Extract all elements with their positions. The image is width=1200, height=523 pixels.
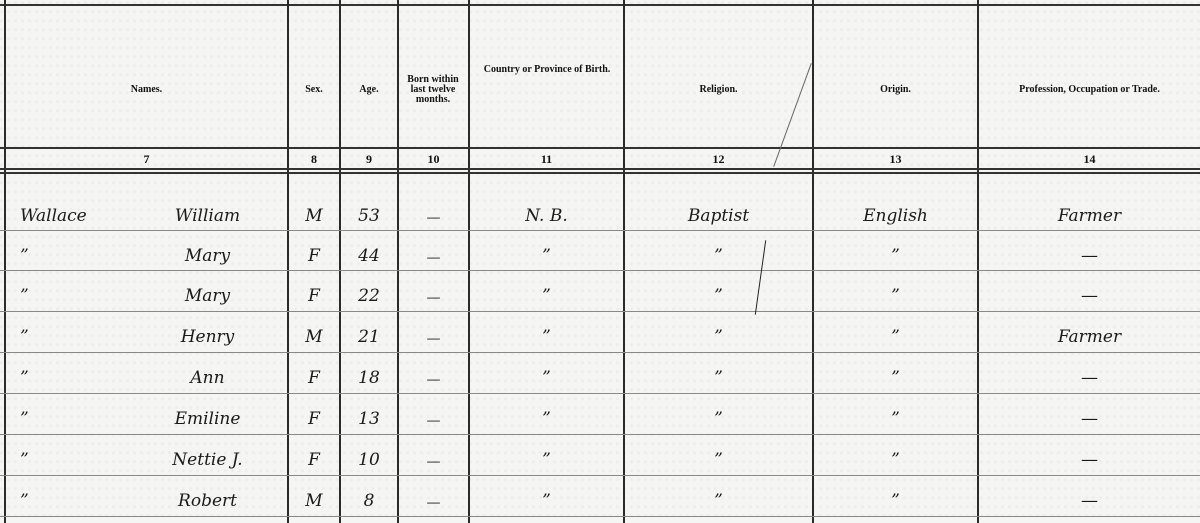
header-born-12-months: Born within last twelve months. <box>401 40 465 140</box>
colnum-10: 10 <box>399 150 468 168</box>
cell-born12: — <box>399 393 468 433</box>
cell-surname: ” <box>20 393 130 433</box>
number-rule <box>0 168 1200 170</box>
cell-born12: — <box>399 434 468 474</box>
header-occupation: Profession, Occupation or Trade. <box>979 40 1200 140</box>
cell-surname: ” <box>20 475 130 515</box>
cell-birthplace: ” <box>470 393 623 433</box>
cell-given: William <box>130 190 285 230</box>
cell-origin: ” <box>814 270 977 310</box>
cell-religion: Baptist <box>625 190 812 230</box>
cell-given: Henry <box>130 311 285 351</box>
cell-sex: F <box>289 352 339 392</box>
cell-origin: ” <box>814 352 977 392</box>
cell-born12: — <box>399 230 468 270</box>
cell-age: 44 <box>341 230 397 270</box>
cell-sex: F <box>289 270 339 310</box>
cell-age: 18 <box>341 352 397 392</box>
header-religion: Religion. <box>625 40 812 140</box>
cell-age: 13 <box>341 393 397 433</box>
cell-occupation: Farmer <box>979 311 1200 351</box>
cell-surname: ” <box>20 311 130 351</box>
cell-religion: ” <box>625 475 812 515</box>
cell-given: Robert <box>130 475 285 515</box>
colnum-9: 9 <box>341 150 397 168</box>
header-names: Names. <box>6 40 287 140</box>
cell-origin: ” <box>814 434 977 474</box>
cell-occupation: — <box>979 352 1200 392</box>
cell-born12: — <box>399 270 468 310</box>
header-birthplace: Country or Province of Birth. <box>472 30 622 110</box>
cell-given: Mary <box>130 270 285 310</box>
cell-origin: ” <box>814 393 977 433</box>
header-rule <box>0 147 1200 149</box>
cell-birthplace: ” <box>470 270 623 310</box>
colnum-11: 11 <box>470 150 623 168</box>
header-age: Age. <box>341 40 397 140</box>
cell-religion: ” <box>625 352 812 392</box>
cell-born12: — <box>399 352 468 392</box>
cell-surname: ” <box>20 230 130 270</box>
cell-occupation: — <box>979 270 1200 310</box>
cell-religion: ” <box>625 434 812 474</box>
cell-occupation: — <box>979 475 1200 515</box>
cell-age: 22 <box>341 270 397 310</box>
cell-origin: English <box>814 190 977 230</box>
colnum-12: 12 <box>625 150 812 168</box>
cell-born12: — <box>399 475 468 515</box>
cell-origin: ” <box>814 475 977 515</box>
colnum-7: 7 <box>6 150 287 168</box>
cell-birthplace: ” <box>470 352 623 392</box>
cell-religion: ” <box>625 311 812 351</box>
cell-occupation: Farmer <box>979 190 1200 230</box>
cell-surname: ” <box>20 270 130 310</box>
cell-born12: — <box>399 190 468 230</box>
cell-age: 53 <box>341 190 397 230</box>
cell-religion: ” <box>625 270 812 310</box>
number-rule <box>0 172 1200 174</box>
colnum-14: 14 <box>979 150 1200 168</box>
cell-sex: F <box>289 434 339 474</box>
cell-surname: ” <box>20 352 130 392</box>
cell-sex: M <box>289 311 339 351</box>
cell-birthplace: ” <box>470 311 623 351</box>
cell-birthplace: ” <box>470 230 623 270</box>
cell-age: 21 <box>341 311 397 351</box>
cell-sex: F <box>289 230 339 270</box>
cell-born12: — <box>399 311 468 351</box>
cell-occupation: — <box>979 434 1200 474</box>
cell-sex: F <box>289 393 339 433</box>
cell-religion: ” <box>625 393 812 433</box>
top-border <box>0 4 1200 6</box>
cell-birthplace: ” <box>470 434 623 474</box>
cell-given: Nettie J. <box>130 434 285 474</box>
cell-surname: ” <box>20 434 130 474</box>
header-sex: Sex. <box>289 40 339 140</box>
cell-origin: ” <box>814 311 977 351</box>
cell-origin: ” <box>814 230 977 270</box>
cell-occupation: — <box>979 393 1200 433</box>
cell-birthplace: N. B. <box>470 190 623 230</box>
header-origin: Origin. <box>814 40 977 140</box>
cell-age: 10 <box>341 434 397 474</box>
cell-given: Mary <box>130 230 285 270</box>
cell-birthplace: ” <box>470 475 623 515</box>
cell-surname: Wallace <box>20 190 130 230</box>
cell-sex: M <box>289 190 339 230</box>
cell-religion: ” <box>625 230 812 270</box>
cell-given: Ann <box>130 352 285 392</box>
cell-given: Emiline <box>130 393 285 433</box>
cell-sex: M <box>289 475 339 515</box>
colnum-8: 8 <box>289 150 339 168</box>
cell-occupation: — <box>979 230 1200 270</box>
row-rule <box>0 516 1200 517</box>
cell-age: 8 <box>341 475 397 515</box>
colnum-13: 13 <box>814 150 977 168</box>
